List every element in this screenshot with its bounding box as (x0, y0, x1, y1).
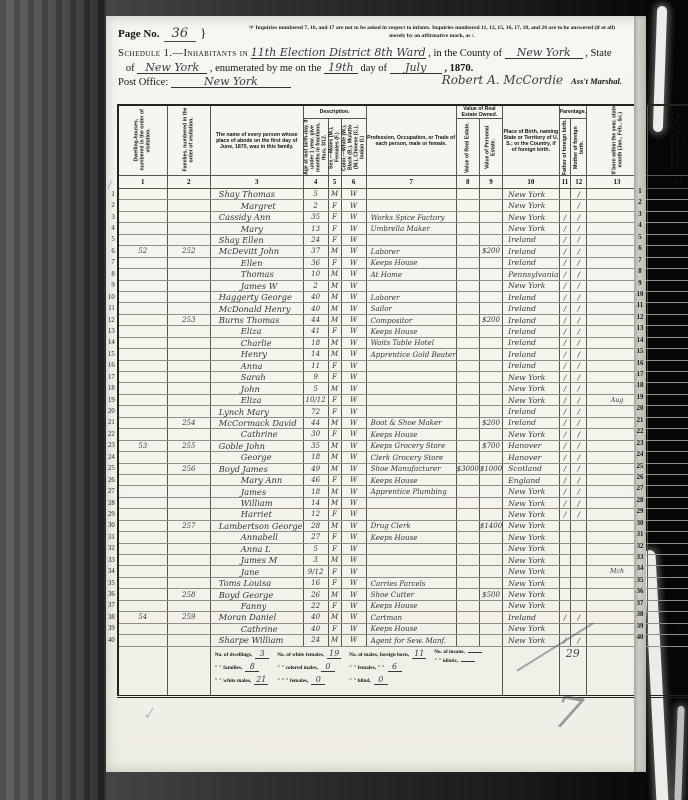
line-number-gutter-left (108, 105, 118, 189)
county-label: , in the County of (428, 48, 502, 59)
edge-line-number: 19 (634, 392, 646, 403)
edge-line-number: 18 (634, 380, 646, 391)
scanner-bed-left (0, 0, 106, 800)
marshal-signature-line: Robert A. McCordie Ass't Marshal. (442, 73, 622, 87)
edge-line-number: 31 (634, 529, 646, 540)
edge-line-number: 4 (634, 220, 646, 231)
empty-cell (167, 646, 210, 696)
edge-line-number: 16 (634, 358, 646, 369)
post-office-label: Post Office: (118, 77, 168, 88)
table-row: 9James W2MWNew York//9 (108, 280, 688, 291)
column-header-real-estate: Value of Real Estate. (456, 119, 479, 176)
table-row: 3Cassidy Ann35FWWorks Spice FactoryNew Y… (108, 211, 688, 222)
table-row: 33James M3MWNew York33 (108, 555, 688, 566)
edge-line-number: 30 (634, 518, 646, 529)
table-row: 31Annabell27FWKeeps HouseNew York31 (108, 532, 688, 543)
edge-line-number: 17 (634, 369, 646, 380)
edge-line-number: 38 (634, 609, 646, 620)
marshal-title: Ass't Marshal. (571, 76, 622, 86)
summary-block: No. of insane,″ ″ idiotic, (434, 649, 482, 685)
edge-line-number: 9 (634, 278, 646, 289)
column-header-dwellings: Dwelling-houses, numbered in the order o… (118, 105, 168, 176)
edge-line-number: 27 (634, 483, 646, 494)
column-header-occupation: Profession, Occupation, or Trade of each… (366, 105, 456, 176)
table-row: 39Cathrine40FWKeeps HouseNew York/39 (108, 623, 688, 634)
column-number: 8 (456, 176, 479, 189)
table-row: 1Shay Thomas5MWNew York/1 (108, 189, 688, 200)
edge-line-number: 28 (634, 495, 646, 506)
edge-line-number: 33 (634, 552, 646, 563)
census-table: Dwelling-houses, numbered in the order o… (108, 104, 688, 698)
census-table-wrap: Dwelling-houses, numbered in the order o… (108, 104, 688, 698)
column-header-age: Age at last birth-day. If under 1 year, … (303, 119, 328, 176)
edge-line-number: 20 (634, 403, 646, 414)
column-number: 12 (571, 176, 587, 189)
table-row: 40Sharpe William24MWAgent for Sew. Manf.… (108, 635, 688, 646)
edge-line-number: 21 (634, 415, 646, 426)
edge-line-number: 11 (634, 300, 646, 311)
edge-line-number: 40 (634, 632, 646, 643)
day-of-label: day of (361, 63, 388, 74)
schedule-label: Schedule 1.—Inhabitants in (118, 48, 248, 59)
column-header-married-month: If married within the year, state month … (648, 105, 688, 176)
edge-line-number: 8 (634, 266, 646, 277)
sheet-header: Page No. 36 } ☞ Inquiries numbered 7, 16… (118, 24, 628, 88)
table-row: 2Margret2FWNew York/2 (108, 200, 688, 211)
scanned-census-page: Page No. 36 } ☞ Inquiries numbered 7, 16… (0, 0, 688, 800)
edge-line-number: 35 (634, 575, 646, 586)
column-number: 5 (328, 176, 341, 189)
instructions-line2: merely by an affirmative mark, as /. (238, 32, 626, 40)
group-header-description: Description. (303, 105, 366, 119)
edge-line-number: 34 (634, 563, 646, 574)
state-suffix: , State (585, 48, 611, 59)
column-header-mother-foreign: Mother of foreign birth. (571, 119, 587, 176)
column-number-row: 1234567891011121314151617181920 (108, 176, 688, 189)
schedule-line-1: Schedule 1.—Inhabitants in 11th Election… (118, 48, 628, 59)
group-header-parentage: Parentage. (559, 105, 587, 119)
table-row: 2353255Goble John35MWKeeps Grocery Store… (108, 440, 688, 451)
enumerated-label: , enumerated by me on the (210, 63, 321, 74)
table-row: 24George18MWClerk Grocery StoreHanover//… (108, 452, 688, 463)
table-row: 7Ellen36FWKeeps HouseIreland//7 (108, 257, 688, 268)
edge-line-number: 25 (634, 461, 646, 472)
column-header-color: Color.—White (W.), Black (B.), Mulatto (… (341, 119, 366, 176)
empty-cell (503, 646, 559, 696)
of-label: of (126, 63, 135, 74)
table-row: 15Henry14MWApprentice Gold BeaterIreland… (108, 349, 688, 360)
edge-line-number: 22 (634, 426, 646, 437)
column-number: 3 (210, 176, 303, 189)
edge-line-number: 29 (634, 506, 646, 517)
table-row: 11McDonald Henry40MWSailorIreland///11 (108, 303, 688, 314)
edge-line-number: 13 (634, 323, 646, 334)
table-row: 19Eliza10/12FWNew York//Aug19 (108, 394, 688, 405)
column-number: 7 (366, 176, 456, 189)
edge-line-number: 5 (634, 232, 646, 243)
table-row: 28William14MWNew York///28 (108, 497, 688, 508)
edge-line-number: 32 (634, 541, 646, 552)
state-field: New York (137, 63, 207, 74)
edge-line-number: 15 (634, 346, 646, 357)
page-number-label: Page No. (118, 28, 160, 40)
brace-glyph: } (200, 25, 206, 40)
edge-line-number: 2 (634, 197, 646, 208)
edge-line-number: 23 (634, 438, 646, 449)
table-row: 21254McCormack David44MWBoot & Shoe Make… (108, 417, 688, 428)
summary-item: ″ ″ females, ″ ″6 (349, 662, 426, 672)
edge-line-number: 39 (634, 621, 646, 632)
summary-item: ″ ″ families,8 (215, 662, 269, 672)
table-row: 22Cathrine30FWKeeps HouseNew York//22 (108, 429, 688, 440)
table-row: 32Anna L5FWNew York32 (108, 543, 688, 554)
table-row: 13Eliza41FWKeeps HouseIreland//13 (108, 326, 688, 337)
group-header-value: Value of Real Estate Owned. (456, 105, 503, 119)
edge-line-number: 10 (634, 289, 646, 300)
table-row: 35Toms Louisa16FWCarries ParcelsNew York… (108, 577, 688, 588)
summary-item: No. of insane, (434, 649, 482, 655)
table-row: 652252McDevitt John37MWLaborer$200Irelan… (108, 246, 688, 257)
table-row: 29Harriet12FWNew York///29 (108, 509, 688, 520)
page-number-line: Page No. 36 } ☞ Inquiries numbered 7, 16… (118, 24, 628, 44)
summary-item: ″ ″ white males,21 (215, 675, 269, 685)
post-office-value: New York (171, 77, 291, 88)
instructions-line1: ☞ Inquiries numbered 7, 16, and 17 are n… (238, 24, 626, 32)
table-row: 18John5MWNew York//18 (108, 383, 688, 394)
day-field: 19th (324, 63, 358, 74)
table-row: 27James18MWApprentice PlumbingNew York//… (108, 486, 688, 497)
column-number: 1 (118, 176, 168, 189)
county-field: New York (505, 48, 583, 59)
edge-line-number: 1 (634, 186, 646, 197)
page-edge-numbers: 1234567891011121314151617181920212223242… (634, 16, 646, 644)
edge-line-number: 36 (634, 586, 646, 597)
column-number: 2 (167, 176, 210, 189)
summary-block: No. of dwellings,3″ ″ families,8″ ″ whit… (215, 649, 269, 685)
table-header: Dwelling-houses, numbered in the order o… (108, 105, 688, 189)
adjacent-page-edge: 1234567891011121314151617181920212223242… (634, 16, 646, 772)
column-header-birthplace: Place of Birth, naming State or Territor… (503, 105, 559, 176)
census-sheet: Page No. 36 } ☞ Inquiries numbered 7, 16… (106, 16, 646, 772)
summary-block: No. of males, foreign born,11″ ″ females… (349, 649, 426, 685)
summary-item: ″ ″ ″ females,0 (277, 675, 341, 685)
edge-line-number: 7 (634, 255, 646, 266)
table-row: 4Mary13FWUmbrella MakerNew York//4 (108, 223, 688, 234)
gutter-cell (108, 646, 118, 696)
page-number-value: 36 (164, 26, 197, 42)
summary-item: No. of males, foreign born,11 (349, 649, 426, 659)
table-row: 5Shay Ellen24FWIreland//5 (108, 234, 688, 245)
table-row: 12253Burns Thomas44MWCompositor$200Irela… (108, 314, 688, 325)
column-header-name: The name of every person whose place of … (210, 105, 303, 176)
table-row: 16Anna11FWIreland///16 (108, 360, 688, 371)
edge-line-number: 24 (634, 449, 646, 460)
empty-cell (118, 646, 168, 696)
edge-line-number: 37 (634, 598, 646, 609)
month-field: July (390, 63, 442, 74)
table-row: 3854259Moran Daniel40MWCartmanIreland///… (108, 612, 688, 623)
pencil-check: ✓ (140, 703, 158, 725)
post-office-line: Post Office: New York Robert A. McCordie… (118, 77, 628, 88)
summary-row: No. of dwellings,3″ ″ families,8″ ″ whit… (108, 646, 688, 696)
table-row: 37Fanny22FWKeeps HouseNew York37 (108, 600, 688, 611)
edge-line-number: 6 (634, 243, 646, 254)
column-number: 9 (479, 176, 502, 189)
summary-item: ″ ″ colored males,0 (277, 662, 341, 672)
summary-section: No. of dwellings,3″ ″ families,8″ ″ whit… (108, 646, 688, 696)
table-row: 14Charlie18MWWaits Table HotelIreland//1… (108, 337, 688, 348)
column-number: 11 (559, 176, 571, 189)
summary-item: ″ ″ idiotic, (434, 658, 482, 664)
table-row: 30257Lambertson George28MWDrug Clerk$140… (108, 520, 688, 531)
column-header-families: Families, numbered in the order of visit… (167, 105, 210, 176)
edge-line-number: 3 (634, 209, 646, 220)
summary-item: No. of white females,19 (277, 649, 341, 659)
margin-tick: / (108, 180, 111, 191)
table-row: 36258Boyd George26MWShoe Cutter$500New Y… (108, 589, 688, 600)
edge-line-number: 26 (634, 472, 646, 483)
instructions-note: ☞ Inquiries numbered 7, 16, and 17 are n… (238, 24, 626, 41)
table-row: 17Sarah9FWNew York///17 (108, 372, 688, 383)
census-table-body: 1Shay Thomas5MWNew York/12Margret2FWNew … (108, 189, 688, 647)
column-header-sex: Sex.—Males (M.), Females (F.) (328, 119, 341, 176)
edge-line-number: 12 (634, 312, 646, 323)
table-row: 26Mary Ann46FWKeeps HouseEngland//26 (108, 474, 688, 485)
column-header-personal-estate: Value of Personal Estate. (479, 119, 502, 176)
column-header-father-foreign: Father of foreign birth. (559, 119, 571, 176)
table-row: 34Jane9/12FWNew YorkMch34 (108, 566, 688, 577)
group-header-row: Dwelling-houses, numbered in the order o… (108, 105, 688, 119)
marshal-signature: Robert A. McCordie (442, 73, 563, 87)
column-number: 6 (341, 176, 366, 189)
table-row: 10Haggerty George40MWLaborerIreland///10 (108, 291, 688, 302)
summary-item: ″ ″ blind,0 (349, 675, 426, 685)
column-number: 4 (303, 176, 328, 189)
table-row: 25256Boyd James49MWShoe Manufacturer$300… (108, 463, 688, 474)
summary-block: No. of white females,19″ ″ colored males… (277, 649, 341, 685)
summary-blocks: No. of dwellings,3″ ″ families,8″ ″ whit… (210, 646, 502, 696)
column-number: 14 (648, 176, 688, 189)
edge-line-number: 14 (634, 335, 646, 346)
column-number: 10 (503, 176, 559, 189)
table-row: 20Lynch Mary72FWIreland//20 (108, 406, 688, 417)
table-row: 8Thomas10MWAt HomePennsylvania//8 (108, 269, 688, 280)
summary-item: No. of dwellings,3 (215, 649, 269, 659)
district-field: 11th Election District 8th Ward (251, 48, 426, 59)
